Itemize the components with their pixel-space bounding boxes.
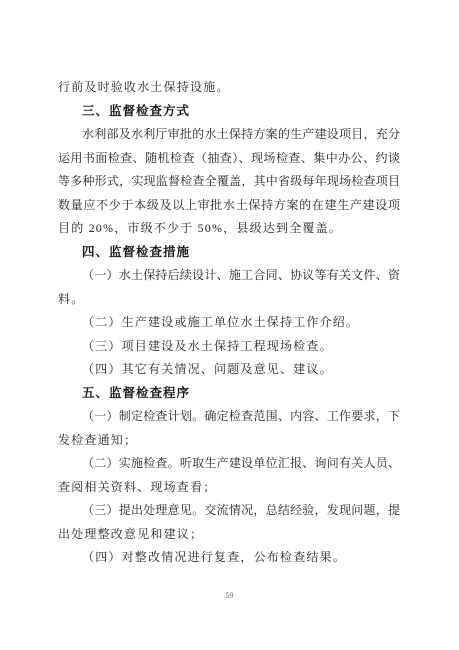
text-line: 目的 20%，市级不少于 50%，县级达到全覆盖。 bbox=[58, 217, 400, 241]
text-line: 料。 bbox=[58, 288, 400, 312]
text-line: （三）项目建设及水土保持工程现场检查。 bbox=[58, 335, 400, 359]
text-line: 行前及时验收水土保持设施。 bbox=[58, 76, 400, 100]
text-line: 运用书面检查、随机检查（抽查）、现场检查、集中办公、约谈 bbox=[58, 147, 400, 171]
text-line: （三）提出处理意见。交流情况，总结经验，发现问题，提 bbox=[58, 499, 400, 523]
text-line: 发检查通知； bbox=[58, 429, 400, 453]
text-line: （二）生产建设或施工单位水土保持工作介绍。 bbox=[58, 311, 400, 335]
text-line: 水利部及水利厅审批的水土保持方案的生产建设项目，充分 bbox=[58, 123, 400, 147]
section-heading: 四、监督检查措施 bbox=[58, 241, 400, 265]
text-line: （一）水土保持后续设计、施工合同、协议等有关文件、资 bbox=[58, 264, 400, 288]
text-line: （二）实施检查。听取生产建设单位汇报、询问有关人员、 bbox=[58, 452, 400, 476]
text-line: 数量应不少于本级及以上审批水土保持方案的在建生产建设项 bbox=[58, 194, 400, 218]
section-heading: 三、监督检查方式 bbox=[58, 100, 400, 124]
text-line: （四）其它有关情况、问题及意见、建议。 bbox=[58, 358, 400, 382]
text-line: （四）对整改情况进行复查，公布检查结果。 bbox=[58, 546, 400, 570]
text-line: （一）制定检查计划。确定检查范围、内容、工作要求，下 bbox=[58, 405, 400, 429]
page-number: 59 bbox=[0, 591, 459, 600]
text-line: 查阅相关资料、现场查看； bbox=[58, 476, 400, 500]
text-line: 等多种形式，实现监督检查全覆盖，其中省级每年现场检查项目 bbox=[58, 170, 400, 194]
document-page: 行前及时验收水土保持设施。三、监督检查方式水利部及水利厅审批的水土保持方案的生产… bbox=[0, 0, 459, 650]
document-text-block: 行前及时验收水土保持设施。三、监督检查方式水利部及水利厅审批的水土保持方案的生产… bbox=[58, 76, 400, 570]
text-line: 出处理整改意见和建议； bbox=[58, 523, 400, 547]
section-heading: 五、监督检查程序 bbox=[58, 382, 400, 406]
